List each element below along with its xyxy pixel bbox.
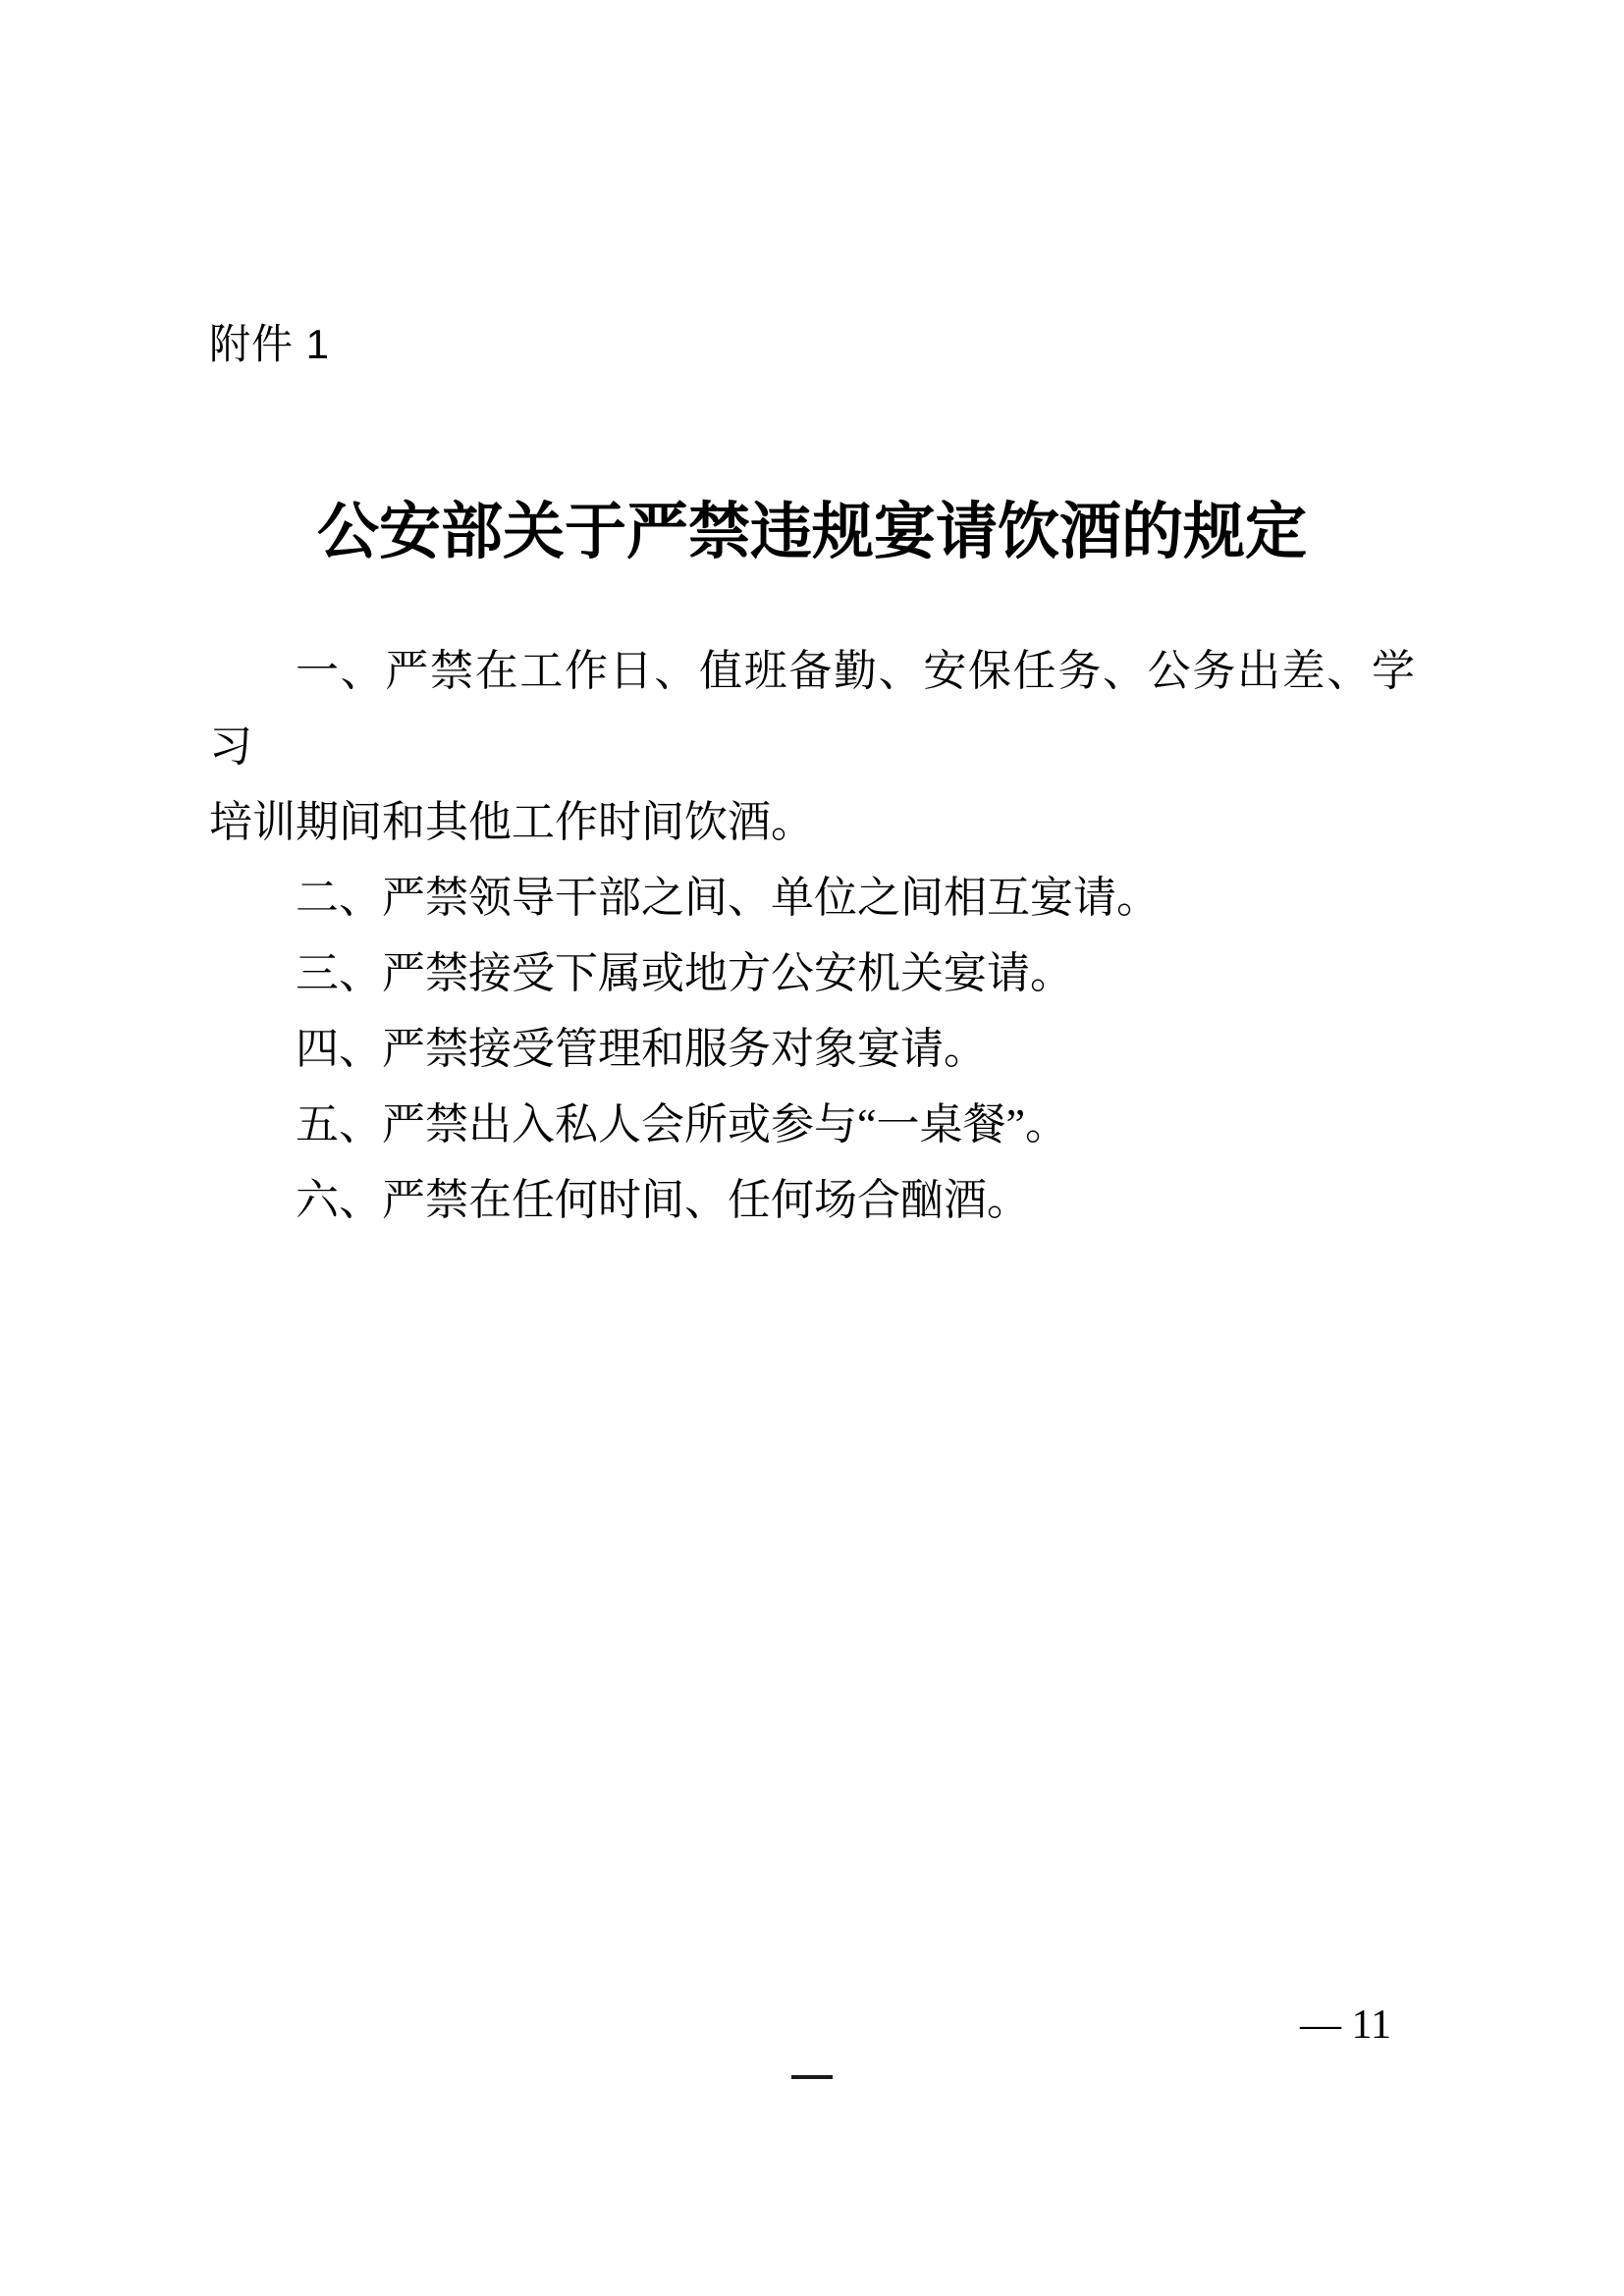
- body-line-clause6: 六、严禁在任何时间、任何场合酗酒。: [209, 1162, 1415, 1238]
- body-line-clause4: 四、严禁接受管理和服务对象宴请。: [209, 1011, 1415, 1087]
- body-line-clause1-line2: 培训期间和其他工作时间饮酒。: [209, 784, 1415, 860]
- document-body: 一、严禁在工作日、值班备勤、安保任务、公务出差、学习 培训期间和其他工作时间饮酒…: [209, 633, 1415, 1238]
- body-line-clause2: 二、严禁领导干部之间、单位之间相互宴请。: [209, 860, 1415, 935]
- footer-dash-line: [791, 2075, 833, 2079]
- document-page: 附件 1 公安部关于严禁违规宴请饮酒的规定 一、严禁在工作日、值班备勤、安保任务…: [0, 0, 1624, 2296]
- page-number: — 11: [1300, 2002, 1391, 2048]
- attachment-label: 附件 1: [209, 312, 330, 371]
- document-title: 公安部关于严禁违规宴请饮酒的规定: [209, 494, 1415, 571]
- body-line-clause5: 五、严禁出入私人会所或参与“一桌餐”。: [209, 1087, 1415, 1162]
- body-line-clause1-line1: 一、严禁在工作日、值班备勤、安保任务、公务出差、学习: [209, 633, 1415, 784]
- body-line-clause3: 三、严禁接受下属或地方公安机关宴请。: [209, 935, 1415, 1011]
